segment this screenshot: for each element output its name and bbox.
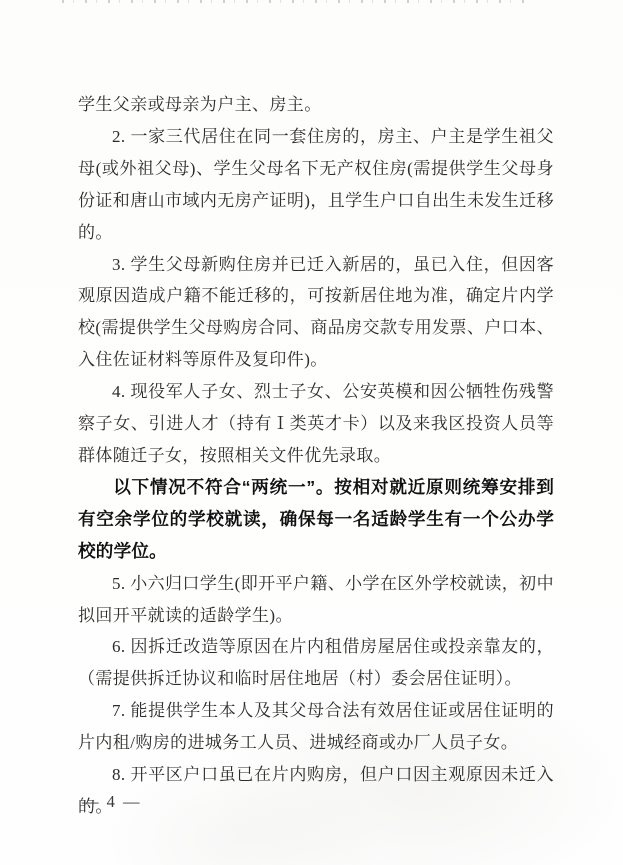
paragraph-continuation: 学生父亲或母亲为户主、房主。: [78, 89, 554, 121]
paragraph-item-5: 5. 小六归口学生(即开平户籍、小学在区外学校就读，初中拟回开平就读的适龄学生)…: [78, 568, 554, 632]
paragraph-emphasis-statement: 以下情况不符合“两统一”。按相对就近原则统筹安排到有空余学位的学校就读，确保每一…: [78, 472, 554, 568]
paragraph-item-8: 8. 开平区户口虽已在片内购房，但户口因主观原因未迁入的。: [78, 759, 554, 823]
scan-artifact-top-edge: [62, 0, 532, 3]
page-number: — 4 —: [82, 792, 142, 812]
paragraph-item-6: 6. 因拆迁改造等原因在片内租借房屋居住或投亲靠友的，（需提供拆迁协议和临时居住…: [78, 631, 554, 695]
paragraph-item-3: 3. 学生父母新购住房并已迁入新居的，虽已入住，但因客观原因造成户籍不能迁移的，…: [78, 249, 554, 377]
document-text-block: 学生父亲或母亲为户主、房主。 2. 一家三代居住在同一套住房的，房主、户主是学生…: [78, 89, 554, 823]
paragraph-item-4: 4. 现役军人子女、烈士子女、公安英模和因公牺牲伤残警察子女、引进人才（持有Ⅰ类…: [78, 376, 554, 472]
paragraph-item-7: 7. 能提供学生本人及其父母合法有效居住证或居住证明的片内租/购房的进城务工人员…: [78, 695, 554, 759]
scanned-document-page: 学生父亲或母亲为户主、房主。 2. 一家三代居住在同一套住房的，房主、户主是学生…: [0, 0, 623, 865]
paragraph-item-2: 2. 一家三代居住在同一套住房的，房主、户主是学生祖父母(或外祖父母)、学生父母…: [78, 121, 554, 249]
